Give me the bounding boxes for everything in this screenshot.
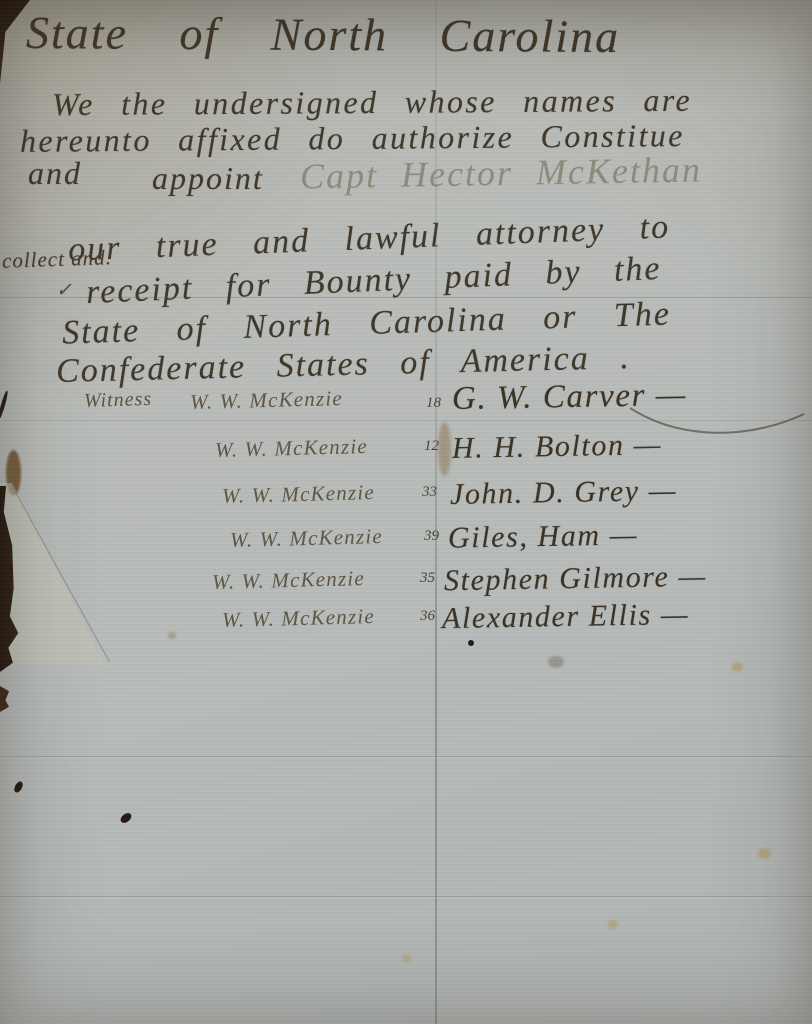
ink-speck — [13, 780, 25, 794]
roster-number: 39 — [424, 528, 439, 545]
roster-number: 12 — [424, 438, 439, 455]
foxing-spot — [758, 848, 771, 859]
foxing-spot — [402, 954, 411, 962]
witness-signature: W. W. McKenzie — [212, 566, 366, 595]
signature-row: W. W. McKenzie 33 John. D. Grey — — [0, 476, 812, 520]
signature-row: W. W. McKenzie 39 Giles, Ham — — [0, 520, 812, 564]
soldier-signature: G. W. Carver — — [452, 377, 687, 418]
faint-pencil-mark — [548, 656, 564, 668]
horizontal-fold-crease — [0, 897, 812, 898]
horizontal-fold-crease — [0, 896, 812, 897]
foxing-spot — [732, 662, 743, 672]
soldier-signature: Giles, Ham — — [448, 518, 639, 555]
soldier-signature: Alexander Ellis — — [442, 598, 690, 636]
appointee-name: Capt Hector McKethan — [300, 148, 703, 197]
roster-number: 36 — [420, 608, 435, 625]
paper-sheet: State of North Carolina We the undersign… — [0, 0, 812, 1024]
signature-row: Witness W. W. McKenzie 18 G. W. Carver — — [0, 383, 812, 427]
signature-row: W. W. McKenzie 36 Alexander Ellis — — [0, 600, 812, 644]
horizontal-fold-crease — [0, 757, 812, 758]
witness-signature: W. W. McKenzie — [222, 480, 376, 509]
marginal-insertion: collect and. — [2, 245, 113, 274]
table-background-edge — [0, 686, 9, 712]
soldier-signature: H. H. Bolton — — [452, 428, 662, 466]
witness-signature: W. W. McKenzie — [222, 604, 376, 633]
roster-number: 35 — [420, 570, 435, 587]
foxing-spot — [608, 920, 618, 929]
witness-signature: W. W. McKenzie — [215, 434, 369, 463]
roster-number: 18 — [426, 395, 441, 412]
document-heading: State of North Carolina — [26, 6, 620, 63]
line-appoint: appoint — [152, 160, 264, 197]
soldier-signature: Stephen Gilmore — — [444, 560, 707, 599]
witness-label: Witness — [84, 388, 153, 413]
signature-row: W. W. McKenzie 12 H. H. Bolton — — [0, 430, 812, 474]
witness-signature: W. W. McKenzie — [230, 524, 384, 553]
ink-speck — [119, 811, 133, 825]
roster-number: 33 — [422, 484, 437, 501]
document-photo: State of North Carolina We the undersign… — [0, 0, 812, 1024]
witness-signature: W. W. McKenzie — [190, 386, 344, 415]
line-and: and — [28, 155, 82, 192]
caret-mark: ✓ — [56, 279, 72, 302]
horizontal-fold-crease — [0, 756, 812, 757]
soldier-signature: John. D. Grey — — [450, 474, 678, 512]
